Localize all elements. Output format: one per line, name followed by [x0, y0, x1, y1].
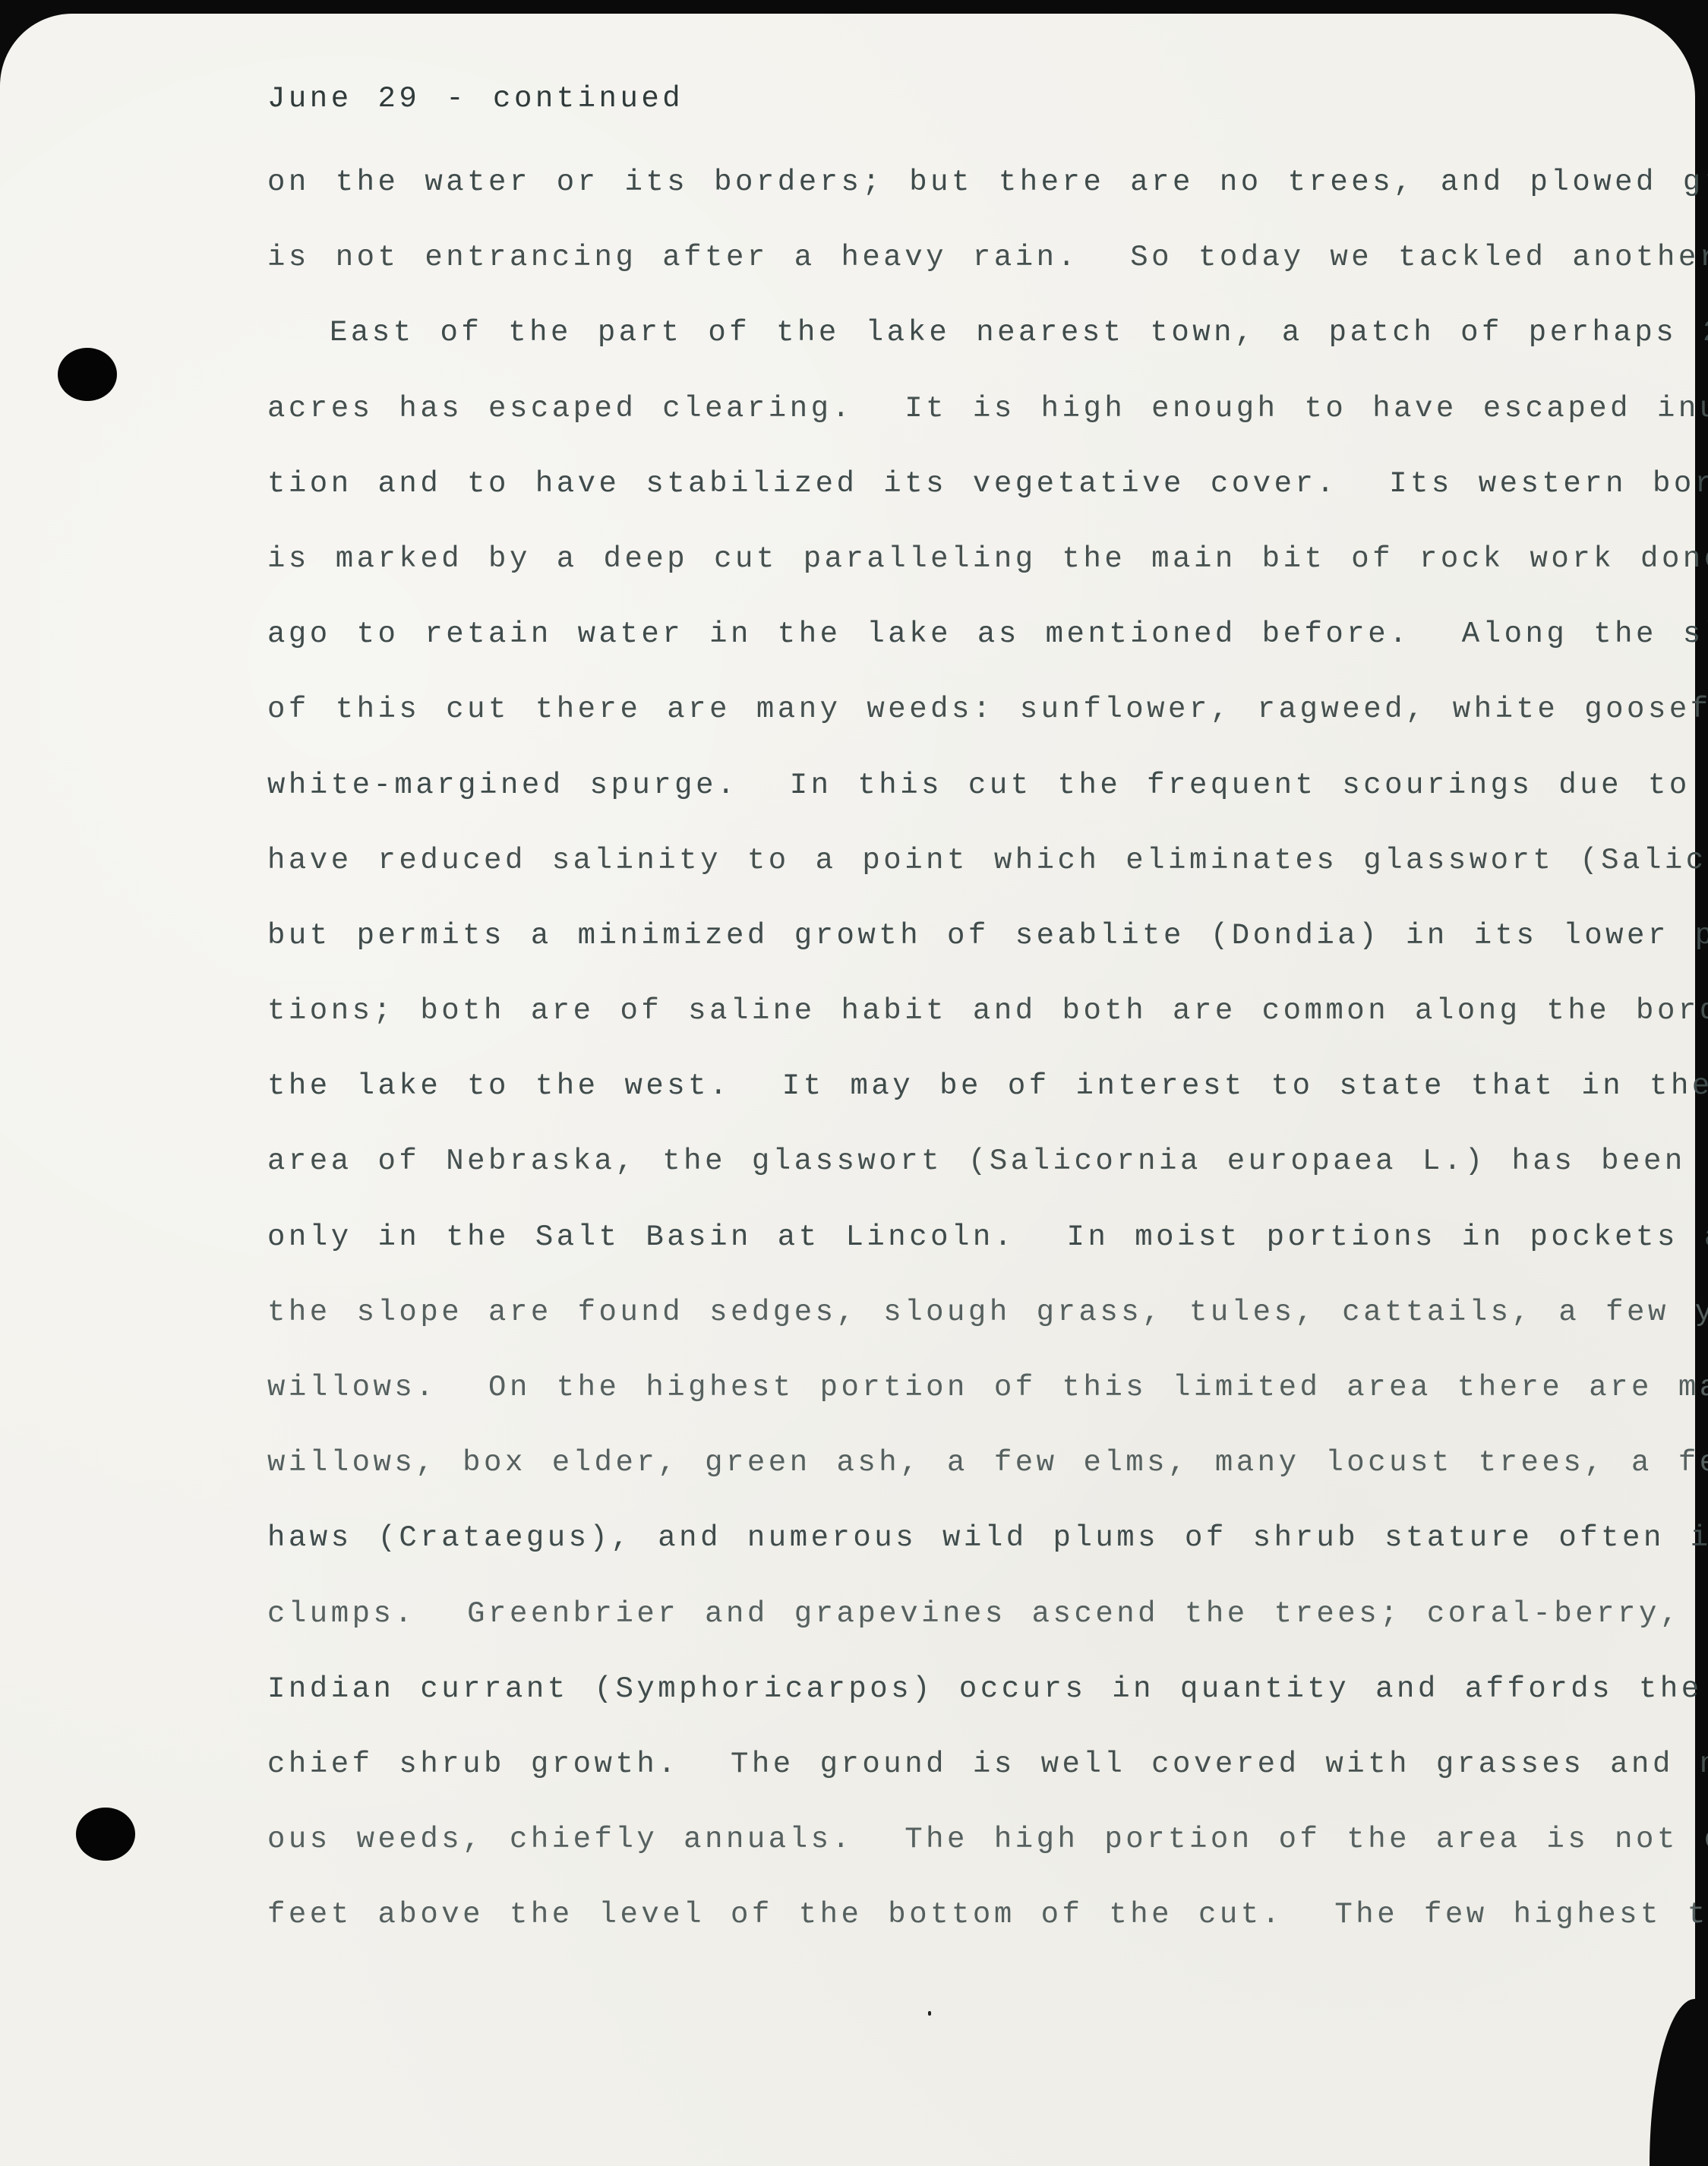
text-line: clumps. Greenbrier and grapevines ascend… — [267, 1591, 1680, 1666]
typewritten-page: June 29 - continued on the water or its … — [0, 14, 1695, 2166]
text-line: have reduced salinity to a point which e… — [267, 838, 1680, 913]
binder-hole-top — [58, 348, 117, 401]
text-line: area of Nebraska, the glasswort (Salicor… — [267, 1138, 1680, 1214]
text-line: ago to retain water in the lake as menti… — [267, 611, 1680, 687]
paper-curl-shadow — [1650, 1999, 1695, 2166]
typed-text-body: June 29 - continued on the water or its … — [267, 84, 1680, 1968]
text-line: white-margined spurge. In this cut the f… — [267, 763, 1680, 838]
text-line: is not entrancing after a heavy rain. So… — [267, 235, 1680, 310]
text-line: but permits a minimized growth of seabli… — [267, 913, 1680, 988]
text-line: feet above the level of the bottom of th… — [267, 1892, 1680, 1967]
text-line: is marked by a deep cut paralleling the … — [267, 536, 1680, 611]
text-line: willows, box elder, green ash, a few elm… — [267, 1440, 1680, 1515]
text-line: of this cut there are many weeds: sunflo… — [267, 687, 1680, 762]
text-line: tion and to have stabilized its vegetati… — [267, 461, 1680, 536]
paragraph-start-line: East of the part of the lake nearest tow… — [267, 310, 1680, 385]
text-line: willows. On the highest portion of this … — [267, 1365, 1680, 1440]
text-line: only in the Salt Basin at Lincoln. In mo… — [267, 1214, 1680, 1290]
text-line: the lake to the west. It may be of inter… — [267, 1063, 1680, 1138]
text-line: tions; both are of saline habit and both… — [267, 988, 1680, 1063]
text-line: Indian currant (Symphoricarpos) occurs i… — [267, 1666, 1680, 1741]
binder-hole-bottom — [76, 1808, 135, 1861]
text-line: acres has escaped clearing. It is high e… — [267, 386, 1680, 461]
paper-speck — [928, 2011, 931, 2016]
text-line: chief shrub growth. The ground is well c… — [267, 1741, 1680, 1817]
text-line: on the water or its borders; but there a… — [267, 159, 1680, 235]
page-heading: June 29 - continued — [267, 84, 1680, 159]
text-line: haws (Crataegus), and numerous wild plum… — [267, 1515, 1680, 1590]
text-line: the slope are found sedges, slough grass… — [267, 1290, 1680, 1365]
text-line: ous weeds, chiefly annuals. The high por… — [267, 1817, 1680, 1892]
